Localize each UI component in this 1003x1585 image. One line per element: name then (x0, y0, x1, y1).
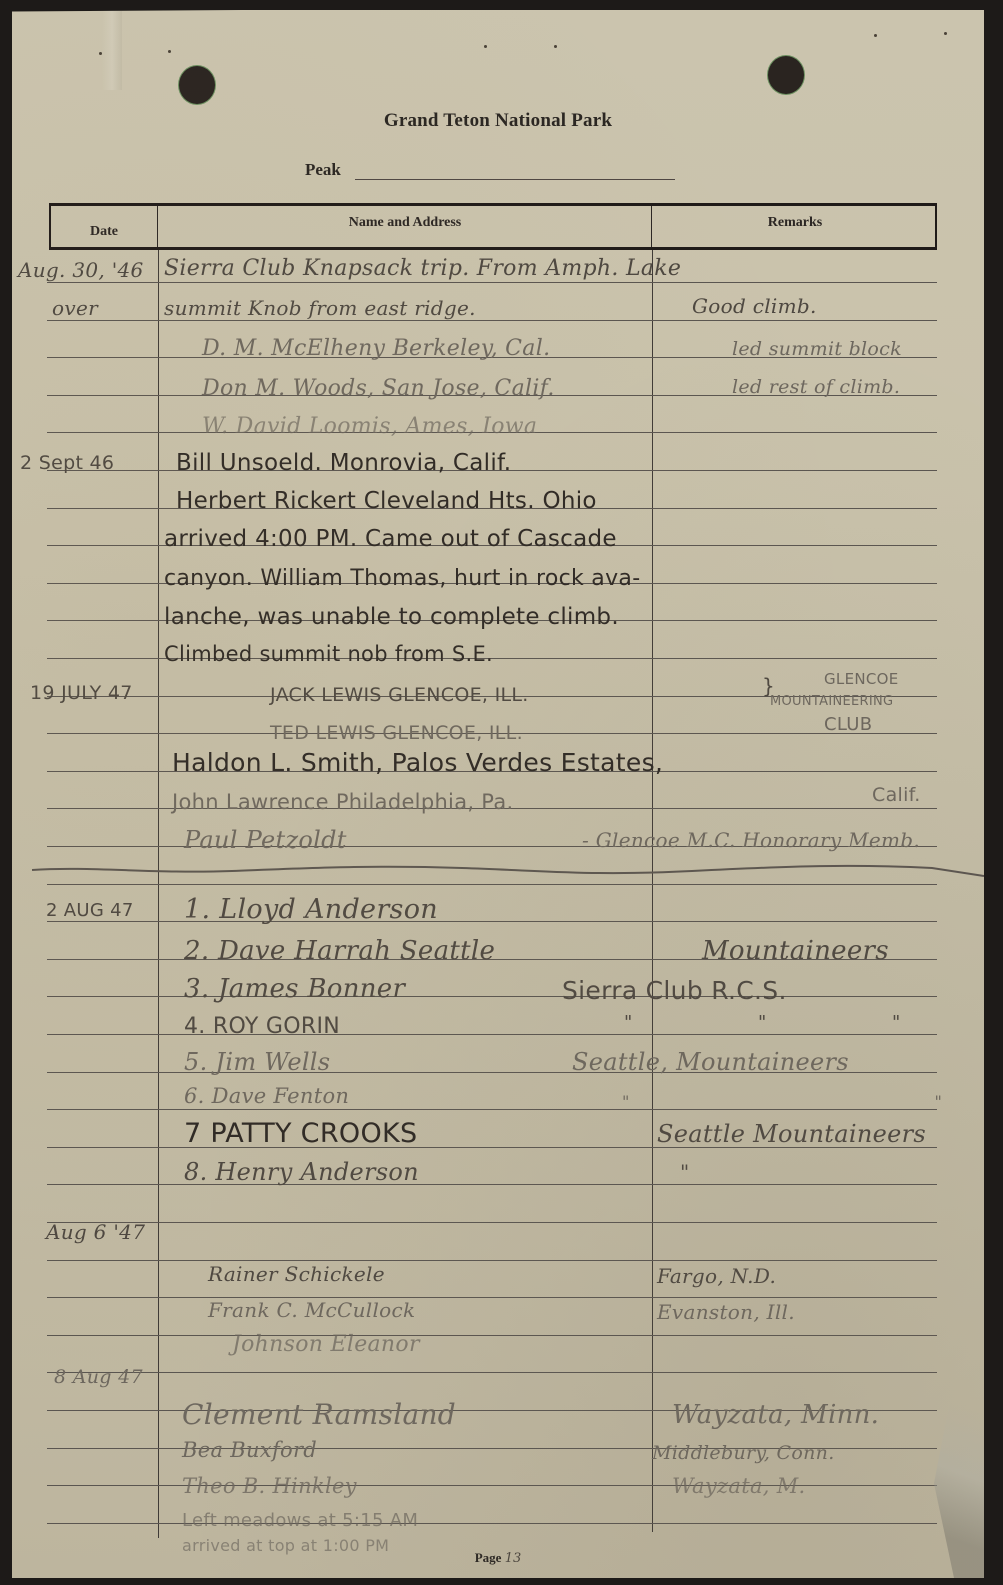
entry-line: 1. Lloyd Anderson (184, 894, 438, 925)
torn-corner (934, 1368, 984, 1578)
column-rule-remarks (652, 250, 653, 1532)
entry-remark: " " (622, 1092, 1003, 1111)
ruled-line (47, 1335, 937, 1336)
peak-field (355, 179, 675, 180)
entry-line: Bea Buxford (182, 1438, 317, 1462)
entry-line: Rainer Schickele (208, 1262, 385, 1286)
entry-date: 19 JULY 47 (30, 682, 133, 704)
column-header-name-address: Name and Address (159, 206, 651, 247)
page-footer: Page 13 (12, 1550, 984, 1566)
column-rule-date (158, 250, 159, 1538)
pin-mark (554, 45, 557, 48)
pin-mark (944, 32, 947, 35)
entry-line: canyon. William Thomas, hurt in rock ava… (164, 566, 640, 591)
entry-line: John Lawrence Philadelphia, Pa. (172, 790, 513, 814)
entry-date: Aug. 30, '46 (18, 258, 144, 282)
entry-remark: Sierra Club R.C.S. (562, 976, 787, 1005)
ruled-line (47, 996, 937, 997)
paper-fold (102, 10, 122, 90)
column-header-date: Date (51, 206, 157, 247)
ruled-line (47, 1372, 937, 1373)
punch-hole-right (768, 56, 804, 94)
entry-remark: MOUNTAINEERING (770, 694, 893, 709)
entry-line: 3. James Bonner (184, 974, 405, 1004)
entry-date: 2 Sept 46 (20, 452, 114, 474)
entry-remark: Calif. (872, 784, 921, 806)
pin-mark (484, 45, 487, 48)
entry-line: Frank C. McCullock (208, 1298, 415, 1322)
table-header: Date Name and Address Remarks (49, 203, 937, 250)
entry-line: 4. ROY GORIN (184, 1014, 340, 1039)
entry-line: arrived 4:00 PM. Came out of Cascade (164, 526, 617, 552)
entry-line: Climbed summit nob from S.E. (164, 642, 493, 666)
ruled-line (47, 1297, 937, 1298)
entry-remark: " " " (624, 1012, 960, 1033)
form-title: Grand Teton National Park (12, 110, 984, 132)
entry-line: 2. Dave Harrah Seattle (184, 936, 495, 966)
ruled-line (47, 921, 937, 922)
entry-remark: GLENCOE (824, 670, 899, 688)
entry-remark: Seattle, Mountaineers (572, 1048, 849, 1076)
entry-line: Left meadows at 5:15 AM (182, 1510, 418, 1531)
peak-label: Peak (305, 160, 341, 180)
entry-line: TED LEWIS GLENCOE, ILL. (270, 722, 523, 744)
ruled-line (47, 1184, 937, 1185)
pin-mark (99, 52, 102, 55)
entry-remark: Evanston, Ill. (657, 1300, 795, 1324)
entry-line: lanche, was unable to complete climb. (164, 604, 619, 630)
entry-line: Don M. Woods, San Jose, Calif. (202, 376, 555, 401)
column-divider (157, 206, 158, 247)
entry-date: 8 Aug 47 (54, 1366, 143, 1388)
ruled-line (47, 884, 937, 885)
entry-line: Clement Ramsland (182, 1398, 456, 1431)
entry-remark: Wayzata, Minn. (672, 1400, 879, 1430)
entry-remark: " " (680, 1160, 1003, 1184)
entry-remark: Middlebury, Conn. (652, 1442, 835, 1464)
entry-remark: Seattle Mountaineers (657, 1120, 926, 1148)
column-divider (651, 206, 652, 247)
page-label: Page (475, 1550, 502, 1565)
entry-remark: Good climb. (692, 294, 817, 318)
ruled-line (47, 1034, 937, 1035)
entry-line: 7 PATTY CROOKS (184, 1118, 417, 1149)
entry-line: JACK LEWIS GLENCOE, ILL. (270, 684, 529, 706)
entry-line: W. David Loomis, Ames, Iowa (202, 414, 537, 439)
entry-line: D. M. McElheny Berkeley, Cal. (202, 336, 550, 361)
entry-remark: led rest of climb. (732, 376, 900, 398)
entry-line: Johnson Eleanor (232, 1332, 420, 1357)
separator-scribble (32, 862, 984, 882)
pin-mark (874, 34, 877, 37)
entry-line: Sierra Club Knapsack trip. From Amph. La… (164, 256, 681, 281)
pin-mark (168, 50, 171, 53)
entry-line: Paul Petzoldt (184, 826, 347, 854)
entry-date: Aug 6 '47 (46, 1220, 145, 1244)
page-number: 13 (505, 1551, 522, 1566)
entry-remark: - Glencoe M.C. Honorary Memb. (582, 828, 920, 852)
ruled-line (47, 1260, 937, 1261)
entry-line: Theo B. Hinkley (182, 1474, 357, 1498)
entry-line: 8. Henry Anderson (184, 1158, 419, 1186)
entry-remark: Wayzata, M. (672, 1474, 806, 1498)
entry-line: Haldon L. Smith, Palos Verdes Estates, (172, 748, 663, 777)
entry-remark: led summit block (732, 338, 902, 360)
entry-date-note: over (52, 296, 98, 320)
entry-line: 5. Jim Wells (184, 1048, 330, 1076)
punch-hole-left (179, 66, 215, 104)
entry-line: Herbert Rickert Cleveland Hts. Ohio (176, 488, 597, 514)
column-header-remarks: Remarks (653, 206, 937, 247)
ruled-line (47, 1523, 937, 1524)
entry-line: 6. Dave Fenton (184, 1084, 349, 1108)
ruled-line (47, 1222, 937, 1223)
entry-remark: CLUB (824, 714, 872, 735)
entry-line: Bill Unsoeld. Monrovia, Calif. (176, 450, 511, 476)
register-sheet: Grand Teton National Park Peak Date Name… (12, 10, 984, 1578)
entry-remark: Fargo, N.D. (657, 1264, 776, 1288)
entry-line: summit Knob from east ridge. (164, 296, 476, 320)
entry-date: 2 AUG 47 (46, 900, 134, 921)
entry-remark: Mountaineers (702, 936, 889, 966)
ruled-line (47, 282, 937, 283)
